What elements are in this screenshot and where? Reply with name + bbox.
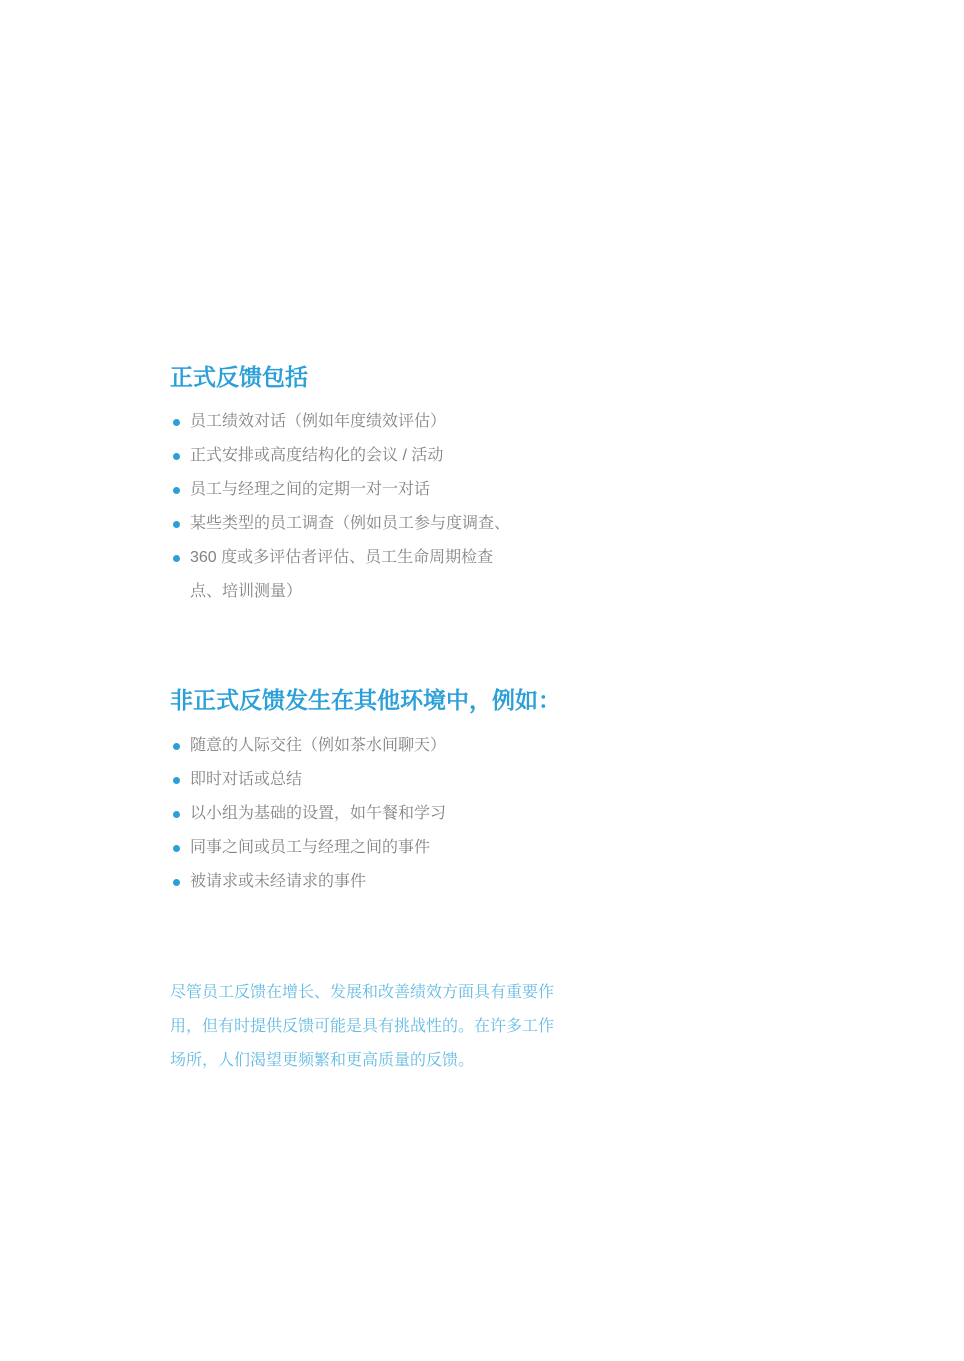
- paragraph-line: 场所，人们渴望更频繁和更高质量的反馈。: [170, 1044, 630, 1078]
- section-1-heading: 正式反馈包括: [170, 362, 790, 392]
- list-item: 同事之间或员工与经理之间的事件: [170, 831, 630, 865]
- list-item: 正式安排或高度结构化的会议 / 活动: [170, 439, 630, 473]
- bullet-dot-icon: [173, 879, 180, 886]
- list-item-text: 360 度或多评估者评估、员工生命周期检查点、培训测量）: [190, 541, 493, 609]
- bullet-dot-icon: [173, 845, 180, 852]
- bullet-dot-icon: [173, 419, 180, 426]
- paragraph-line: 尽管员工反馈在增长、发展和改善绩效方面具有重要作: [170, 976, 630, 1010]
- list-item-text: 以小组为基础的设置，如午餐和学习: [190, 797, 446, 831]
- bullet-dot-icon: [173, 743, 180, 750]
- text-line: 正式安排或高度结构化的会议 / 活动: [190, 439, 443, 473]
- list-item: 以小组为基础的设置，如午餐和学习: [170, 797, 630, 831]
- text-line: 被请求或未经请求的事件: [190, 865, 366, 899]
- closing-paragraph: 尽管员工反馈在增长、发展和改善绩效方面具有重要作用，但有时提供反馈可能是具有挑战…: [170, 976, 630, 1078]
- section-1-list: 员工绩效对话（例如年度绩效评估） 正式安排或高度结构化的会议 / 活动 员工与经…: [170, 405, 630, 609]
- bullet-dot-icon: [173, 487, 180, 494]
- list-item: 某些类型的员工调查（例如员工参与度调查、: [170, 507, 630, 541]
- bullet-dot-icon: [173, 811, 180, 818]
- list-item-text: 同事之间或员工与经理之间的事件: [190, 831, 430, 865]
- document-page: 正式反馈包括 员工绩效对话（例如年度绩效评估） 正式安排或高度结构化的会议 / …: [0, 0, 964, 1361]
- text-line: 随意的人际交往（例如茶水间聊天）: [190, 729, 446, 763]
- list-item: 360 度或多评估者评估、员工生命周期检查点、培训测量）: [170, 541, 630, 609]
- list-item-text: 正式安排或高度结构化的会议 / 活动: [190, 439, 443, 473]
- bullet-dot-icon: [173, 555, 180, 562]
- list-item-text: 员工绩效对话（例如年度绩效评估）: [190, 405, 446, 439]
- list-item: 员工与经理之间的定期一对一对话: [170, 473, 630, 507]
- text-line: 点、培训测量）: [190, 575, 493, 609]
- list-item-text: 即时对话或总结: [190, 763, 302, 797]
- text-line: 员工绩效对话（例如年度绩效评估）: [190, 405, 446, 439]
- text-line: 同事之间或员工与经理之间的事件: [190, 831, 430, 865]
- text-line: 以小组为基础的设置，如午餐和学习: [190, 797, 446, 831]
- section-2-heading: 非正式反馈发生在其他环境中，例如：: [170, 685, 790, 715]
- list-item-text: 员工与经理之间的定期一对一对话: [190, 473, 430, 507]
- bullet-dot-icon: [173, 777, 180, 784]
- list-item-text: 随意的人际交往（例如茶水间聊天）: [190, 729, 446, 763]
- paragraph-line: 用，但有时提供反馈可能是具有挑战性的。在许多工作: [170, 1010, 630, 1044]
- section-2-list: 随意的人际交往（例如茶水间聊天） 即时对话或总结 以小组为基础的设置，如午餐和学…: [170, 729, 630, 899]
- text-line: 360 度或多评估者评估、员工生命周期检查: [190, 541, 493, 575]
- list-item: 员工绩效对话（例如年度绩效评估）: [170, 405, 630, 439]
- list-item: 被请求或未经请求的事件: [170, 865, 630, 899]
- text-line: 即时对话或总结: [190, 763, 302, 797]
- bullet-dot-icon: [173, 521, 180, 528]
- text-line: 员工与经理之间的定期一对一对话: [190, 473, 430, 507]
- list-item: 即时对话或总结: [170, 763, 630, 797]
- text-line: 某些类型的员工调查（例如员工参与度调查、: [190, 507, 510, 541]
- bullet-dot-icon: [173, 453, 180, 460]
- list-item-text: 某些类型的员工调查（例如员工参与度调查、: [190, 507, 510, 541]
- list-item: 随意的人际交往（例如茶水间聊天）: [170, 729, 630, 763]
- list-item-text: 被请求或未经请求的事件: [190, 865, 366, 899]
